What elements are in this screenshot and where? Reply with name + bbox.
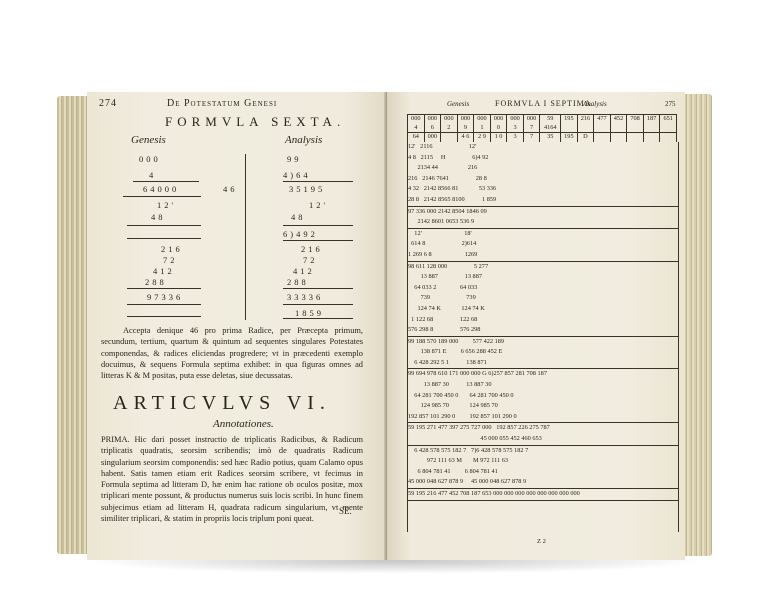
running-head-right: Analysis <box>583 100 607 108</box>
table-row: 614 8 2)614 <box>408 239 678 250</box>
table-row: 4 6 2 9 1 0 3 7 4164 <box>408 124 677 133</box>
open-book: 274 De Potestatum Genesi FORMVLA SEXTA. … <box>57 92 712 560</box>
table-row: 4 32 2142 8566 81 53 336 <box>408 184 678 195</box>
table-row: 97 336 000 2142 8504 1846 09 <box>408 206 678 218</box>
table-row: 576 298 8 576 298 <box>408 325 678 336</box>
table-body: 12' 2116 12' 4 8 2115 H 6)4 92 2134 44 2… <box>407 142 679 532</box>
rule <box>283 288 353 289</box>
genesis-line-2: 4 <box>149 170 156 180</box>
genesis-line-5: 48 <box>151 212 166 222</box>
cell: 6 <box>424 124 441 133</box>
cell <box>660 124 677 133</box>
cell: 477 <box>594 115 611 124</box>
genesis-line-7: 72 <box>163 255 178 265</box>
rule <box>283 318 353 319</box>
table-row: 4 8 2115 H 6)4 92 <box>408 153 678 164</box>
genesis-line-3: 64000 <box>143 184 179 194</box>
cell <box>643 124 660 133</box>
table-row: 138 871 E 6 656 288 452 E <box>408 347 678 358</box>
table-row: 64 000 4 6 2 9 1 0 3 7 35 195 D <box>408 133 677 142</box>
genesis-line-1: 000 <box>139 154 161 164</box>
cell <box>594 133 611 142</box>
table-row: 739 739 <box>408 293 678 304</box>
cell <box>610 133 627 142</box>
cell: 64 <box>408 133 425 142</box>
cell <box>561 124 578 133</box>
article-heading: ARTICVLVS VI. <box>113 392 331 415</box>
cell: 2 9 <box>474 133 491 142</box>
table-row: 972 111 63 M M 972 111 63 <box>408 456 678 467</box>
analysis-line-3: 35195 <box>289 184 325 194</box>
table-footer-row: 59 195 216 477 452 708 187 653 000 000 0… <box>408 488 678 501</box>
cell: 7 <box>523 124 540 133</box>
table-row: 6 428 578 575 182 7 7)6 428 578 575 182 … <box>408 445 678 457</box>
table-row: 98 611 128 000 5 277 <box>408 261 678 273</box>
cell <box>660 133 677 142</box>
signature-mark: Z 2 <box>537 538 546 545</box>
table-row: 124 74 K 124 74 K <box>408 304 678 315</box>
table-row: 000 000 000 000 000 000 000 000 59 195 2… <box>408 115 677 124</box>
table-row: 99 188 570 189 000 577 422 189 <box>408 336 678 348</box>
cell: 000 <box>474 115 491 124</box>
rule <box>127 225 201 226</box>
table-row: 2142 8601 0653 536 9 <box>408 217 678 228</box>
cell <box>643 133 660 142</box>
cell <box>441 133 458 142</box>
table-row: 124 985 70 124 985 70 <box>408 401 678 412</box>
rule <box>127 316 201 317</box>
genesis-line-9: 288 <box>145 277 167 287</box>
page-edges-right <box>684 94 712 556</box>
analysis-line-12: 1859 <box>295 308 324 318</box>
cell: 35 <box>540 133 561 142</box>
genesis-line-8: 412 <box>153 266 175 276</box>
genesis-line-10: 97336 <box>147 292 183 302</box>
table-row: 12' 18' <box>408 228 678 240</box>
running-head: De Potestatum Genesi <box>167 98 277 109</box>
cell: 9 <box>457 124 474 133</box>
cell: 1 <box>474 124 491 133</box>
catchword: SE. <box>339 506 352 516</box>
cell: 000 <box>523 115 540 124</box>
running-head-left: Genesis <box>447 100 469 108</box>
cell: 000 <box>490 115 507 124</box>
rule <box>127 288 201 289</box>
cell: 4164 <box>540 124 561 133</box>
cell: 216 <box>577 115 594 124</box>
table-row: 1 269 6 8 1269 <box>408 250 678 261</box>
table-row: 192 857 101 290 0 192 857 101 290 0 <box>408 412 678 423</box>
cell <box>577 124 594 133</box>
table-row: 13 887 30 13 887 30 <box>408 380 678 391</box>
cell: 195 <box>561 133 578 142</box>
column-divider <box>245 154 246 320</box>
genesis-line-6: 216 <box>161 244 183 254</box>
table-row: 6 428 292 5 1 138 871 <box>408 358 678 369</box>
cell: 000 <box>408 115 425 124</box>
right-page: Genesis FORMVLA I SEPTIMA Analysis 275 0… <box>387 92 685 560</box>
formula-septima-table: 000 000 000 000 000 000 000 000 59 195 2… <box>407 114 677 142</box>
page-number: 275 <box>665 100 676 108</box>
cell: 2 <box>441 124 458 133</box>
analysis-line-2: 4)64 <box>283 170 311 180</box>
cell: 651 <box>660 115 677 124</box>
table-row: 28 8 2142 8565 8100 1 859 <box>408 195 678 206</box>
analysis-line-11: 33336 <box>287 292 323 302</box>
analysis-line-7: 216 <box>301 244 323 254</box>
table-row: 12' 2116 12' <box>408 142 678 153</box>
rule <box>127 304 201 305</box>
table-row: 45 000 055 452 460 653 <box>408 434 678 445</box>
rule <box>283 304 353 305</box>
table-row: 216 2146 7641 28 8 <box>408 174 678 185</box>
table-row: 13 887 13 887 <box>408 272 678 283</box>
body-paragraph: Accepta denique 46 pro prima Radice, per… <box>101 325 363 381</box>
cell: 1 0 <box>490 133 507 142</box>
analysis-line-9: 412 <box>293 266 315 276</box>
rule <box>283 240 353 241</box>
analysis-line-6: 6)492 <box>283 229 318 239</box>
cell: 4 <box>408 124 425 133</box>
cell: 708 <box>627 115 644 124</box>
genesis-line-4: 12' <box>157 200 176 210</box>
table-row: 59 195 271 477 397 275 727 000 192 857 2… <box>408 422 678 434</box>
cell: 000 <box>441 115 458 124</box>
table-row: 45 000 048 627 878 9 45 000 048 627 878 … <box>408 477 678 488</box>
cell: 4 6 <box>457 133 474 142</box>
cell <box>594 124 611 133</box>
rule <box>283 225 353 226</box>
running-head-title: FORMVLA I SEPTIMA <box>495 99 592 108</box>
analysis-line-10: 288 <box>287 277 309 287</box>
cell: 7 <box>523 133 540 142</box>
cell <box>610 124 627 133</box>
page-edges-left <box>57 96 89 554</box>
table-row: 99 694 978 610 171 000 000 G 6)257 857 2… <box>408 368 678 380</box>
rule <box>283 181 353 182</box>
genesis-label: Genesis <box>131 134 166 146</box>
cell: 452 <box>610 115 627 124</box>
marker-d: D <box>577 133 594 142</box>
cell: 3 <box>507 124 524 133</box>
cell: 000 <box>424 133 441 142</box>
cell: 195 <box>561 115 578 124</box>
cell: 0 <box>490 124 507 133</box>
table-row: 1 122 68 122 68 <box>408 315 678 326</box>
annotation-paragraph: PRIMA. Hic dari posset instructio de tri… <box>101 434 363 524</box>
cell: 59 <box>540 115 561 124</box>
table-row: 6 804 781 41 6 804 781 41 <box>408 467 678 478</box>
cell: 000 <box>424 115 441 124</box>
rule <box>127 238 201 239</box>
table-row: 64 033 2 64 033 <box>408 283 678 294</box>
analysis-line-8: 72 <box>303 255 318 265</box>
cell: 000 <box>507 115 524 124</box>
genesis-root: 46 <box>223 184 238 194</box>
cell: 000 <box>457 115 474 124</box>
annotations-heading: Annotationes. <box>213 418 274 430</box>
analysis-label: Analysis <box>285 134 322 146</box>
left-page: 274 De Potestatum Genesi FORMVLA SEXTA. … <box>87 92 387 560</box>
table-row: 2134 44 216 <box>408 163 678 174</box>
rule <box>133 181 199 182</box>
formula-title: FORMVLA SEXTA. <box>165 114 345 130</box>
cell <box>627 124 644 133</box>
table-row: 64 281 700 450 0 64 281 700 450 0 <box>408 391 678 402</box>
analysis-line-4: 12' <box>309 200 328 210</box>
cell: 187 <box>643 115 660 124</box>
analysis-line-1: 99 <box>287 154 302 164</box>
rule <box>123 196 201 197</box>
cell: 3 <box>507 133 524 142</box>
cell <box>627 133 644 142</box>
page-number: 274 <box>99 98 117 109</box>
analysis-line-5: 48 <box>291 212 306 222</box>
